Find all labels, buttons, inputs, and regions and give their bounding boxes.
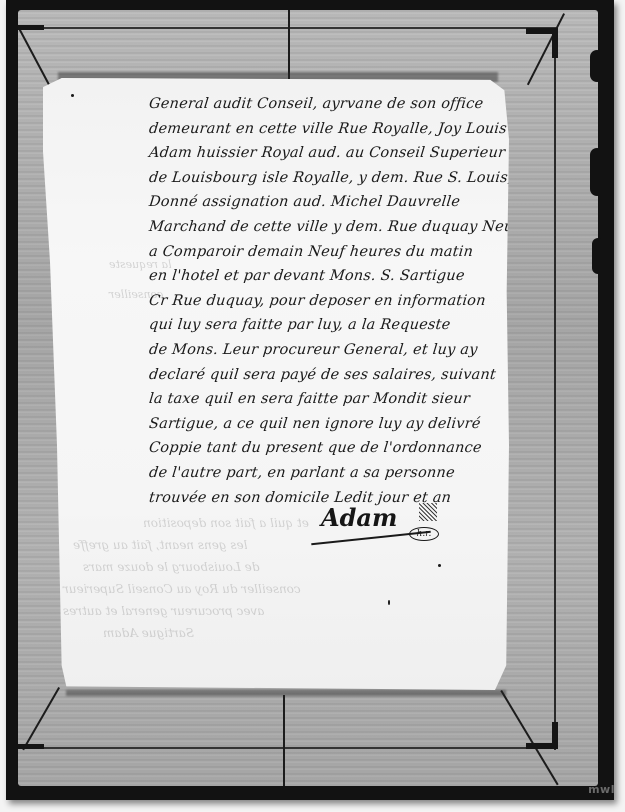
bleed-line: de Louisbourg le douze mars: [83, 560, 259, 574]
bleed-line: avec procureur general et autres: [63, 604, 264, 618]
manuscript-line: qui luy sera faitte par luy, a la Reques…: [148, 313, 501, 338]
manuscript-text: General audit Conseil, ayrvane de son of…: [149, 92, 499, 510]
manuscript-line: demeurant en cette ville Rue Royalle, Jo…: [148, 117, 501, 142]
manuscript-line: Donné assignation aud. Michel Dauvrelle: [148, 190, 501, 215]
manuscript-line: Adam huissier Royal aud. au Conseil Supe…: [148, 141, 501, 166]
manuscript-line: de Louisbourg isle Royalle, y dem. Rue S…: [148, 166, 501, 191]
manuscript-line: Coppie tant du present que de l'ordonnan…: [148, 436, 501, 461]
frame-rule-center-bottom: [283, 695, 285, 786]
frame-rule-right: [554, 30, 556, 750]
signature-name: Adam: [321, 503, 397, 532]
frame-diagonal-bottom-left: [23, 687, 60, 750]
manuscript-line: en l'hotel et par devant Mons. S. Sartig…: [148, 264, 501, 289]
bleed-line: et quil a fait son deposition: [143, 516, 309, 530]
corner-bracket-bottom-left: [18, 744, 44, 749]
signature-flourish: h.r.: [409, 527, 439, 541]
manuscript-line: a Comparoir demain Neuf heures du matin: [148, 240, 501, 265]
sheet-shadow-bottom: [66, 690, 506, 696]
manuscript-line: Cr Rue duquay, pour deposer en informati…: [148, 289, 501, 314]
manuscript-line: de Mons. Leur procureur General, et luy …: [148, 338, 501, 363]
manuscript-line: la taxe quil en sera faitte par Mondit s…: [148, 387, 501, 412]
bleed-line: les gens neant, fait au greffe: [73, 538, 247, 552]
frame-diagonal-bottom-right: [501, 690, 559, 785]
signature-paraph-icon: [419, 503, 437, 521]
manuscript-line: Marchand de cette ville y dem. Rue duqua…: [148, 215, 501, 240]
board-edge-notch: [590, 148, 604, 196]
board-edge-notch: [592, 238, 604, 274]
signature: Adam h.r.: [311, 501, 451, 551]
frame-diagonal-top-right: [527, 13, 565, 85]
bleed-line: Sartigue Adam: [103, 626, 194, 640]
corner-bracket-top-right-v: [552, 30, 558, 58]
manuscript-line: declaré quil sera payé de ses salaires, …: [148, 363, 501, 388]
manuscript-line: General audit Conseil, ayrvane de son of…: [148, 92, 501, 117]
board-edge-notch: [590, 50, 604, 82]
watermark: mwl: [588, 783, 615, 796]
corner-bracket-bottom-right-v: [552, 722, 558, 748]
bleed-line: conseiller du Roy au Conseil Superieur: [63, 582, 301, 596]
corner-bracket-top-left: [18, 25, 44, 30]
ink-speck: [438, 564, 441, 567]
ink-speck: [71, 94, 74, 97]
ink-speck: [388, 600, 390, 605]
manuscript-line: de l'autre part, en parlant a sa personn…: [148, 461, 501, 486]
image-viewport: et quil a fait son deposition les gens n…: [0, 0, 625, 812]
manuscript-sheet: et quil a fait son deposition les gens n…: [43, 78, 509, 690]
manuscript-line: Sartigue, a ce quil nen ignore luy ay de…: [148, 412, 501, 437]
frame-diagonal-top-left: [19, 28, 52, 89]
frame-rule-bottom: [18, 747, 558, 749]
